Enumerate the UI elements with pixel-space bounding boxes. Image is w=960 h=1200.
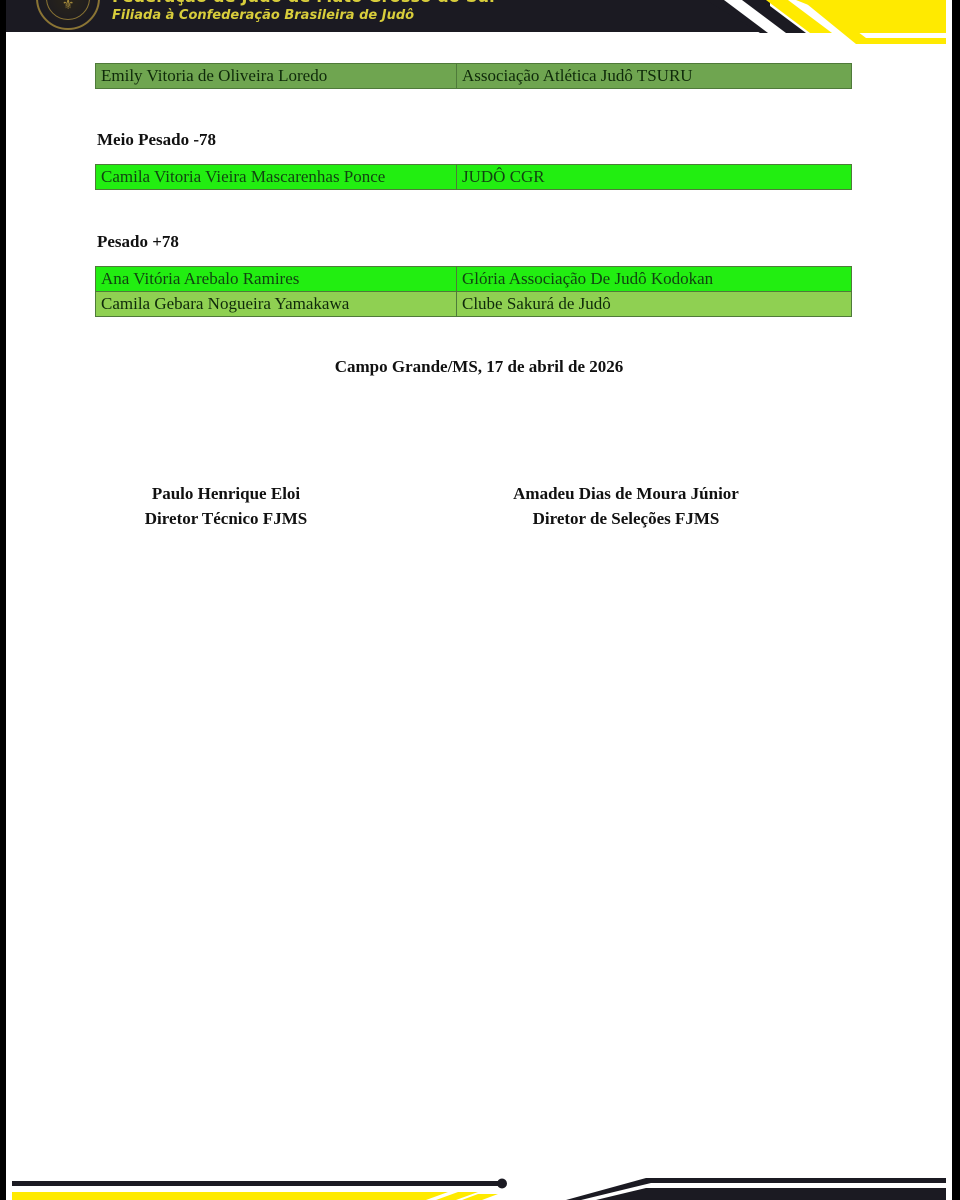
signature-block-technical-director: Paulo Henrique Eloi Diretor Técnico FJMS xyxy=(116,481,336,531)
athlete-table-continued: Emily Vitoria de Oliveira Loredo Associa… xyxy=(95,63,852,89)
athlete-name: Camila Gebara Nogueira Yamakawa xyxy=(96,292,457,317)
crest-inner-ring: ⚜ xyxy=(46,0,90,20)
club-name: JUDÔ CGR xyxy=(457,165,852,190)
club-name: Clube Sakurá de Judô xyxy=(457,292,852,317)
place-date: Campo Grande/MS, 17 de abril de 2026 xyxy=(6,357,952,377)
signatory-name: Paulo Henrique Eloi xyxy=(116,481,336,506)
club-name: Associação Atlética Judô TSURU xyxy=(457,64,852,89)
table-row: Emily Vitoria de Oliveira Loredo Associa… xyxy=(96,64,852,89)
org-subtitle: Filiada à Confederação Brasileira de Jud… xyxy=(112,8,414,23)
category-heading-pesado: Pesado +78 xyxy=(97,232,179,252)
signatory-name: Amadeu Dias de Moura Júnior xyxy=(476,481,776,506)
table-row: Ana Vitória Arebalo Ramires Glória Assoc… xyxy=(96,267,852,292)
document-page: ⚜ Federação de Judô de Mato Grosso do Su… xyxy=(6,0,952,1200)
signature-block-selections-director: Amadeu Dias de Moura Júnior Diretor de S… xyxy=(476,481,776,531)
category-heading-meio-pesado: Meio Pesado -78 xyxy=(97,130,216,150)
footer-stripes-decoration xyxy=(6,1160,952,1200)
athlete-name: Ana Vitória Arebalo Ramires xyxy=(96,267,457,292)
athlete-table-pesado: Ana Vitória Arebalo Ramires Glória Assoc… xyxy=(95,266,852,317)
table-row: Camila Gebara Nogueira Yamakawa Clube Sa… xyxy=(96,292,852,317)
athlete-name: Camila Vitoria Vieira Mascarenhas Ponce xyxy=(96,165,457,190)
signatory-role: Diretor de Seleções FJMS xyxy=(476,506,776,531)
table-row: Camila Vitoria Vieira Mascarenhas Ponce … xyxy=(96,165,852,190)
club-name: Glória Associação De Judô Kodokan xyxy=(457,267,852,292)
signatory-role: Diretor Técnico FJMS xyxy=(116,506,336,531)
athlete-name: Emily Vitoria de Oliveira Loredo xyxy=(96,64,457,89)
crest-emblem-icon: ⚜ xyxy=(47,0,89,13)
org-title: Federação de Judô de Mato Grosso do Sul xyxy=(112,0,495,6)
athlete-table-meio-pesado: Camila Vitoria Vieira Mascarenhas Ponce … xyxy=(95,164,852,190)
